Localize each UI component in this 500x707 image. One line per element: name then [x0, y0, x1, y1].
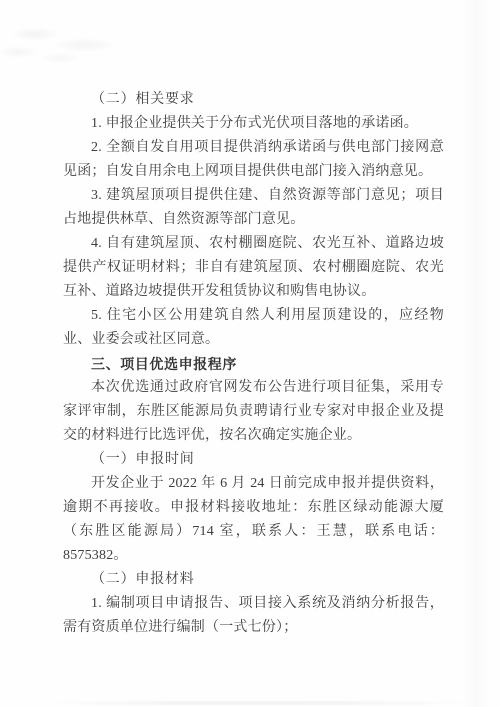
sub-heading: （二）相关要求 [63, 88, 444, 112]
sub-heading: （二）申报材料 [63, 568, 444, 592]
document-body: （二）相关要求1. 申报企业提供关于分布式光伏项目落地的承诺函。2. 全额自发自… [63, 88, 444, 640]
scan-noise-bottom [55, 701, 465, 705]
body-paragraph: 5. 住宅小区公用建筑自然人利用屋顶建设的，应经物业、业委会或社区同意。 [63, 304, 444, 352]
sub-heading: （一）申报时间 [63, 448, 444, 472]
body-paragraph: 本次优选通过政府官网发布公告进行项目征集，采用专家评审制，东胜区能源局负责聘请行… [63, 376, 444, 448]
body-paragraph: 4. 自有建筑屋顶、农村棚圈庭院、农光互补、道路边坡提供产权证明材料；非自有建筑… [63, 232, 444, 304]
body-paragraph: 1. 申报企业提供关于分布式光伏项目落地的承诺函。 [63, 112, 444, 136]
scan-band-right-edge [462, 0, 490, 707]
body-paragraph: 2. 全额自发自用项目提供消纳承诺函与供电部门接网意见函；自发自用余电上网项目提… [63, 136, 444, 184]
document-page: （二）相关要求1. 申报企业提供关于分布式光伏项目落地的承诺函。2. 全额自发自… [0, 0, 500, 707]
scanned-page: { "page": { "background_color": "#fefefe… [0, 0, 500, 707]
body-paragraph: 开发企业于 2022 年 6 月 24 日前完成申报并提供资料，逾期不再接收。申… [63, 472, 444, 568]
body-paragraph: 3. 建筑屋顶项目提供住建、自然资源等部门意见；项目占地提供林草、自然资源等部门… [63, 184, 444, 232]
scan-smudge-topleft [0, 20, 140, 65]
body-paragraph: 1. 编制项目申请报告、项目接入系统及消纳分析报告，需有资质单位进行编制（一式七… [63, 592, 444, 640]
section-heading: 三、项目优选申报程序 [63, 352, 444, 376]
